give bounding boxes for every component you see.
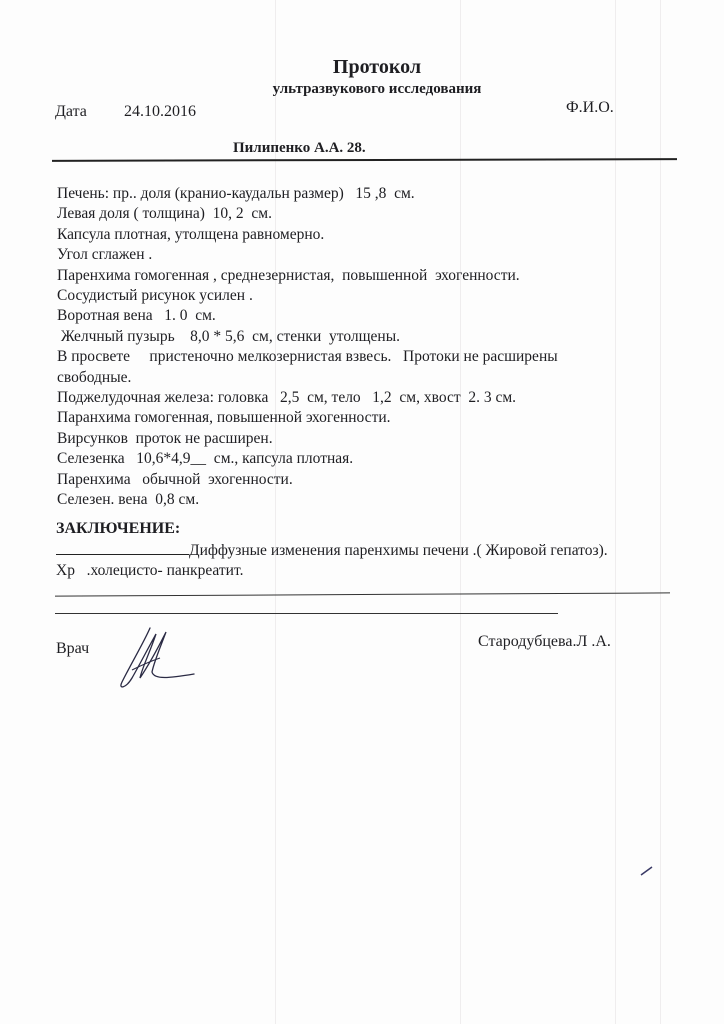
findings-list: Печень: пр.. доля (кранио-каудальн разме…: [57, 184, 677, 511]
divider: [52, 158, 677, 162]
finding-line: Воротная вена 1. 0 см.: [57, 306, 677, 326]
pen-mark-icon: [640, 866, 654, 876]
blank-line: [55, 613, 558, 614]
finding-line: Капсула плотная, утолщена равномерно.: [57, 225, 677, 245]
finding-line: Паренхима обычной эхогенности.: [57, 470, 677, 490]
finding-line: Печень: пр.. доля (кранио-каудальн разме…: [57, 184, 677, 204]
scan-artifact: [660, 0, 661, 1024]
finding-line: Паранхима гомогенная, повышенной эхогенн…: [57, 408, 677, 428]
finding-line: Паренхима гомогенная , среднезернистая, …: [57, 266, 677, 286]
signature-icon: [110, 622, 200, 692]
conclusion-text: Диффузные изменения паренхимы печени .( …: [189, 542, 608, 559]
conclusion-heading: ЗАКЛЮЧЕНИЕ:: [56, 520, 180, 538]
finding-line: В просвете пристеночно мелкозернистая вз…: [57, 347, 677, 367]
finding-line: Угол сглажен .: [57, 245, 677, 265]
fio-label: Ф.И.О.: [566, 99, 614, 117]
document-subtitle: ультразвукового исследования: [0, 81, 724, 98]
finding-line: свободные.: [57, 368, 677, 388]
finding-line: Желчный пузырь 8,0 * 5,6 см, стенки утол…: [57, 327, 677, 347]
date-value: 24.10.2016: [124, 103, 196, 121]
finding-line: Селезенка 10,6*4,9__ см., капсула плотна…: [57, 449, 677, 469]
finding-line: Сосудистый рисунок усилен .: [57, 286, 677, 306]
finding-line: Вирсунков проток не расширен.: [57, 429, 677, 449]
conclusion-line: Хр .холецисто- панкреатит.: [56, 562, 243, 580]
scan-artifact: [615, 0, 616, 1024]
doctor-label: Врач: [56, 640, 89, 658]
date-label: Дата: [55, 103, 87, 121]
finding-line: Левая доля ( толщина) 10, 2 см.: [57, 204, 677, 224]
document-title: Протокол: [0, 56, 724, 79]
blank-underline: [56, 540, 189, 555]
blank-line: [55, 592, 670, 596]
finding-line: Селезен. вена 0,8 см.: [57, 490, 677, 510]
patient-name: Пилипенко А.А. 28.: [233, 140, 366, 157]
finding-line: Поджелудочная железа: головка 2,5 см, те…: [57, 388, 677, 408]
conclusion-line: Диффузные изменения паренхимы печени .( …: [56, 540, 608, 560]
scan-artifact: [460, 0, 461, 1024]
doctor-name: Стародубцева.Л .А.: [478, 633, 611, 651]
